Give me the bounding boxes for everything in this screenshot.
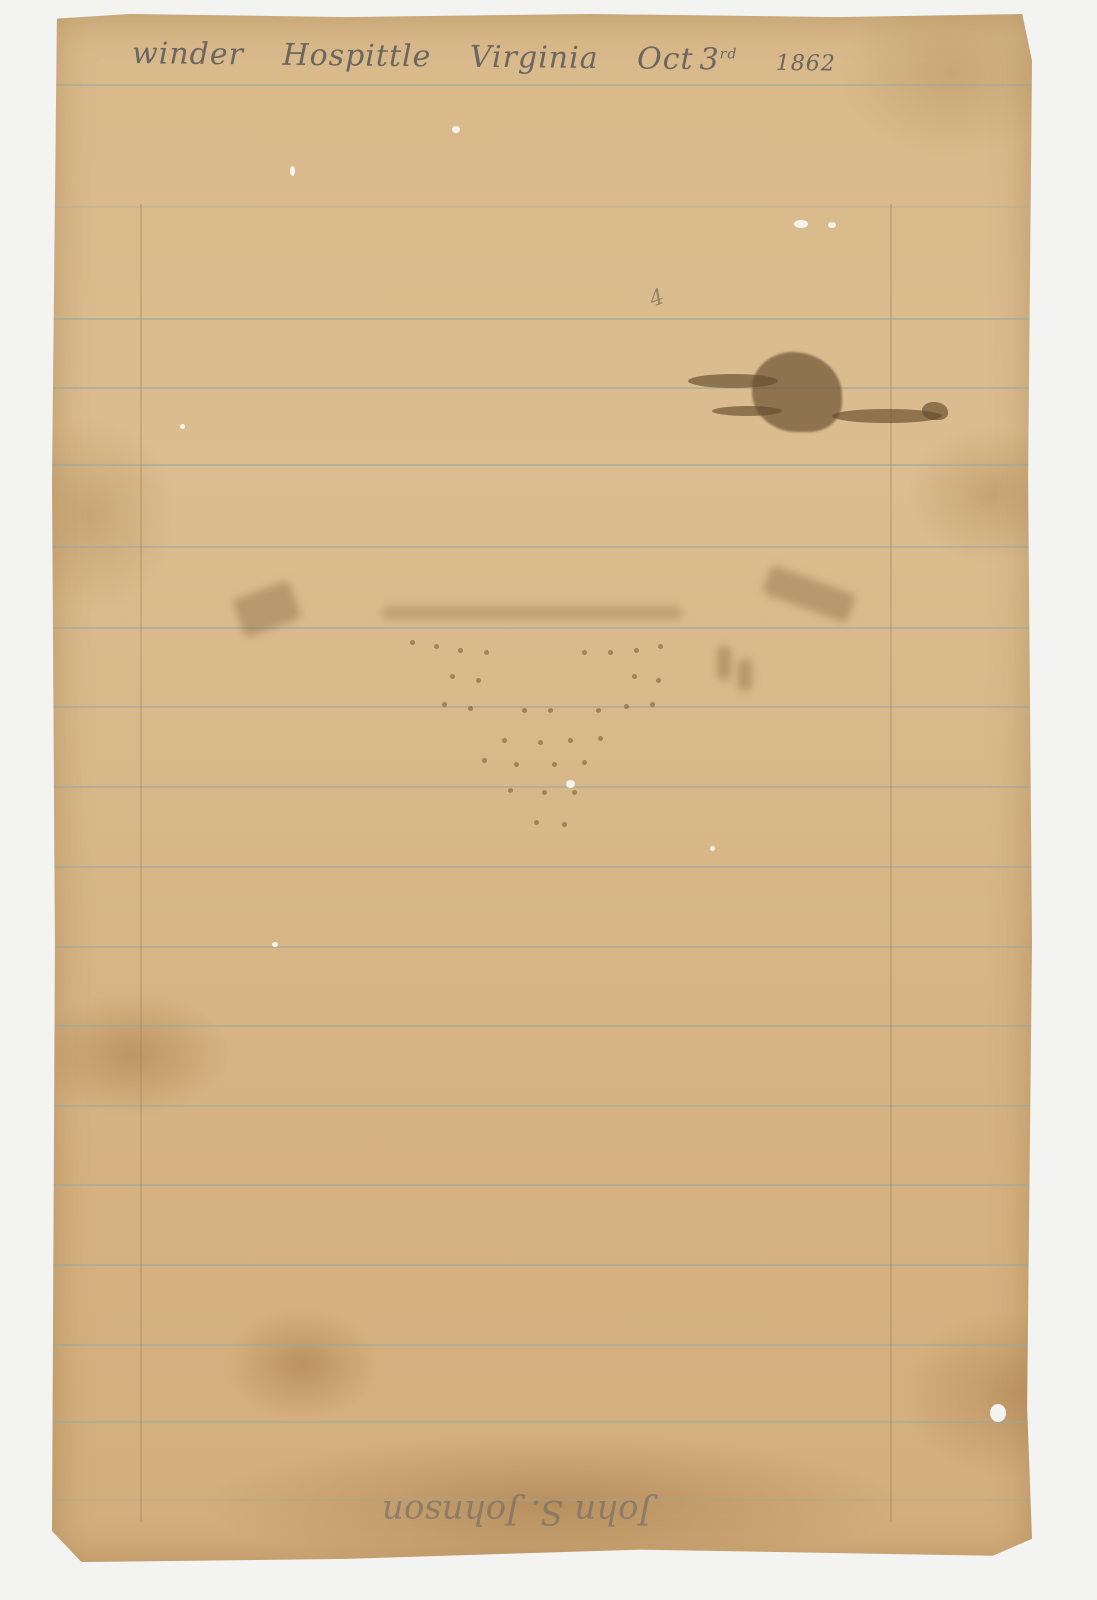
show-through-dot [542, 790, 547, 795]
paper-hole [452, 126, 460, 133]
pencil-mark: 4 [646, 284, 668, 312]
margin-line-left [140, 204, 142, 1522]
show-through-dot [434, 644, 439, 649]
ruled-line [52, 1025, 1032, 1027]
show-through-dot [514, 762, 519, 767]
ruled-line [52, 1421, 1032, 1423]
smudge [762, 565, 857, 624]
letter-heading: winder Hospittle Virginia Oct3rd 1862 [132, 36, 864, 79]
ruled-line [52, 866, 1032, 868]
show-through-dot [410, 640, 415, 645]
show-through-dot [548, 708, 553, 713]
heading-date-month: Oct [637, 41, 694, 77]
show-through-dot [650, 702, 655, 707]
ruled-line [52, 318, 1032, 320]
ink-stain [688, 374, 778, 388]
show-through-dot [582, 650, 587, 655]
show-through-dot [596, 708, 601, 713]
show-through-dot [582, 760, 587, 765]
show-through-dot [552, 762, 557, 767]
show-through-dot [458, 648, 463, 653]
heading-place-1: winder [132, 36, 244, 72]
ruled-line [52, 387, 1032, 389]
show-through-dot [508, 788, 513, 793]
letter-page: winder Hospittle Virginia Oct3rd 1862 4 [52, 14, 1032, 1562]
paper-hole [272, 942, 278, 947]
show-through-dot [632, 674, 637, 679]
ruled-line [52, 464, 1032, 466]
show-through-dot [562, 822, 567, 827]
heading-date-day: 3 [699, 42, 719, 77]
show-through-dot [502, 738, 507, 743]
paper-hole [710, 846, 715, 851]
ink-stain [752, 352, 842, 432]
show-through-dot [568, 738, 573, 743]
smudge [232, 580, 302, 638]
paper-hole [794, 220, 808, 228]
show-through-dot [442, 702, 447, 707]
show-through-dot [658, 644, 663, 649]
show-through-dot [522, 708, 527, 713]
ruled-line [52, 546, 1032, 548]
ruled-line [52, 786, 1032, 788]
ruled-line [52, 627, 1032, 629]
show-through-dot [534, 820, 539, 825]
paper-hole [290, 166, 295, 176]
paper-hole [828, 222, 836, 228]
heading-place-3: Virginia [470, 40, 599, 76]
heading-date: Oct3rd [637, 41, 748, 77]
show-through-dot [598, 736, 603, 741]
show-through-dot [468, 706, 473, 711]
ruled-line [52, 1105, 1032, 1107]
ruled-line [52, 706, 1032, 708]
heading-place-2: Hospittle [282, 38, 431, 75]
ink-stain [922, 402, 948, 420]
heading-date-suffix: rd [720, 46, 738, 62]
show-through-dot [572, 790, 577, 795]
show-through-dot [484, 650, 489, 655]
smudge [717, 646, 731, 680]
show-through-dot [482, 758, 487, 763]
signature-upside-down: John S. Johnson [382, 1492, 652, 1532]
ruled-line [52, 1264, 1032, 1266]
show-through-dot [450, 674, 455, 679]
show-through-dot [634, 648, 639, 653]
show-through-dot [538, 740, 543, 745]
show-through-dot [608, 650, 613, 655]
paper-hole [566, 780, 575, 788]
paper-hole [180, 424, 185, 429]
ruled-line [52, 206, 1032, 208]
margin-line-right [890, 204, 892, 1522]
smudge [738, 659, 752, 691]
ink-stain [712, 406, 782, 416]
ruled-line [52, 1344, 1032, 1346]
smudge [382, 606, 682, 620]
show-through-dot [656, 678, 661, 683]
ruled-line [52, 1184, 1032, 1186]
show-through-dot [476, 678, 481, 683]
show-through-dot [624, 704, 629, 709]
ruled-line [52, 84, 1032, 86]
ruled-line [52, 946, 1032, 948]
paper-hole [990, 1404, 1006, 1422]
heading-date-year: 1862 [776, 51, 836, 77]
